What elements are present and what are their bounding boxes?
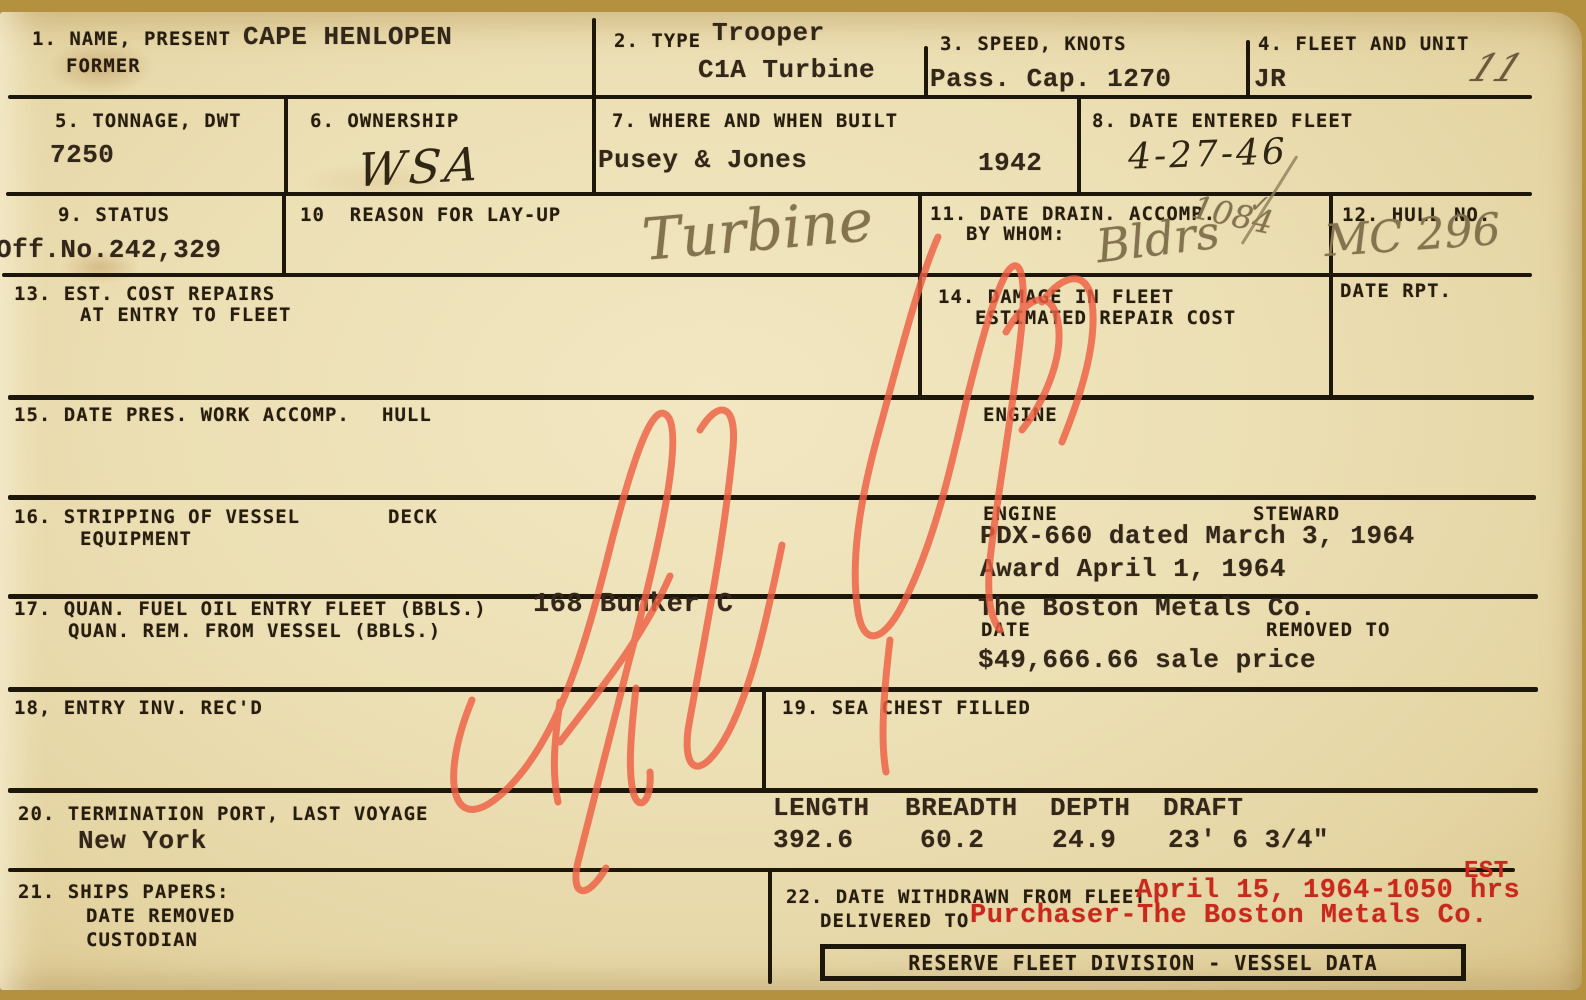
field16-label: 16. STRIPPING OF VESSEL — [14, 506, 300, 528]
dimension-header-breadth: BREADTH — [905, 793, 1018, 823]
dimension-value-breadth: 60.2 — [920, 825, 984, 855]
reserve-fleet-division-box: RESERVE FLEET DIVISION - VESSEL DATA — [820, 944, 1466, 981]
field7-label: 7. WHERE AND WHEN BUILT — [612, 110, 898, 132]
field16-deck-label: DECK — [388, 506, 438, 528]
grid-line — [8, 495, 1536, 500]
field4-value-fleet: JR — [1254, 64, 1286, 94]
grid-line — [282, 192, 286, 275]
field16-value-award: Award April 1, 1964 — [980, 554, 1286, 584]
field22-delivered-to-label: DELIVERED TO — [820, 910, 969, 932]
field4-label: 4. FLEET AND UNIT — [1258, 33, 1469, 55]
grid-line — [1077, 95, 1081, 194]
field10-handwritten-reason: Turbine — [639, 186, 875, 274]
field15-label: 15. DATE PRES. WORK ACCOMP. — [14, 404, 350, 426]
field1-label: 1. NAME, PRESENT — [32, 28, 231, 50]
field17-date-label: DATE — [981, 619, 1031, 641]
dimension-header-draft: DRAFT — [1163, 793, 1244, 823]
field17-value-fuel: 168 Bunker C — [533, 590, 733, 620]
field18-label: 18, ENTRY INV. REC'D — [14, 697, 263, 719]
grid-line — [924, 46, 928, 97]
field22-red-delivered-to: Purchaser-The Boston Metals Co. — [970, 901, 1488, 931]
field9-label: 9. STATUS — [58, 204, 170, 226]
grid-line — [8, 395, 1534, 400]
grid-line — [768, 868, 772, 984]
field9-value-official-number: Off.No.242,329 — [0, 235, 221, 265]
dimension-value-length: 392.6 — [773, 825, 854, 855]
dimension-value-draft: 23' 6 3/4" — [1168, 825, 1329, 855]
field11-bywhom-label: BY WHOM: — [966, 223, 1066, 245]
field19-label: 19. SEA CHEST FILLED — [782, 697, 1031, 719]
grid-line — [284, 95, 288, 194]
field1-former-label: FORMER — [66, 55, 141, 77]
field12-handwritten-hull-no: MC 296 — [1322, 204, 1502, 267]
field14-date-rpt-label: DATE RPT. — [1340, 280, 1452, 302]
grid-line — [592, 95, 596, 194]
grid-line — [1246, 40, 1250, 97]
field1-value-ship-name: CAPE HENLOPEN — [243, 22, 452, 52]
field21-label: 21. SHIPS PAPERS: — [18, 881, 229, 903]
field7-value-builder: Pusey & Jones — [598, 145, 807, 175]
field2-value-class: C1A Turbine — [698, 55, 875, 85]
field3-label: 3. SPEED, KNOTS — [940, 33, 1127, 55]
field4-handwritten-unit: 11 — [1462, 46, 1530, 90]
field17-label: 17. QUAN. FUEL OIL ENTRY FLEET (BBLS.) — [14, 598, 487, 620]
grid-line — [8, 868, 1515, 872]
field17-label-line2: QUAN. REM. FROM VESSEL (BBLS.) — [68, 620, 441, 642]
field6-label: 6. OWNERSHIP — [310, 110, 459, 132]
field8-label: 8. DATE ENTERED FLEET — [1092, 110, 1353, 132]
field6-handwritten-ownership: WSA — [356, 137, 485, 198]
field2-label: 2. TYPE — [614, 30, 701, 52]
field13-label-line2: AT ENTRY TO FLEET — [80, 304, 291, 326]
field21-date-removed-label: DATE REMOVED — [86, 905, 235, 927]
field2-value-type: Trooper — [712, 18, 825, 48]
grid-line — [918, 192, 922, 397]
vessel-data-card: 1. NAME, PRESENT CAPE HENLOPEN FORMER 2.… — [0, 12, 1582, 990]
field10-label: 10 REASON FOR LAY-UP — [300, 204, 561, 226]
field21-custodian-label: CUSTODIAN — [86, 929, 198, 951]
field17-value-sale-price: $49,666.66 sale price — [978, 645, 1316, 675]
field14-label: 14. DAMAGE IN FLEET — [938, 286, 1174, 308]
grid-line — [592, 18, 596, 97]
field3-value-capacity: Pass. Cap. 1270 — [930, 64, 1172, 94]
field16-equipment-label: EQUIPMENT — [80, 528, 192, 550]
field5-label: 5. TONNAGE, DWT — [55, 110, 242, 132]
card-title: RESERVE FLEET DIVISION - VESSEL DATA — [908, 951, 1377, 975]
field15-engine-label: ENGINE — [983, 404, 1058, 426]
dimension-value-depth: 24.9 — [1052, 825, 1116, 855]
field7-value-year: 1942 — [978, 148, 1042, 178]
grid-line — [2, 273, 1532, 277]
field16-value-pdx: PDX-660 dated March 3, 1964 — [980, 521, 1415, 551]
dimension-header-depth: DEPTH — [1050, 793, 1131, 823]
grid-line — [8, 687, 1538, 692]
field17-removed-to-label: REMOVED TO — [1266, 619, 1390, 641]
dimension-header-length: LENGTH — [773, 793, 870, 823]
field5-value-tonnage: 7250 — [50, 140, 114, 170]
field14-label-line2: ESTIMATED REPAIR COST — [975, 307, 1236, 329]
field8-handwritten-date: 4-27-46 — [1127, 131, 1288, 178]
field20-label: 20. TERMINATION PORT, LAST VOYAGE — [18, 803, 429, 825]
field20-value-port: New York — [78, 826, 207, 856]
grid-line — [8, 95, 1532, 99]
field15-hull-label: HULL — [382, 404, 432, 426]
field22-red-est-stamp: EST — [1464, 858, 1509, 885]
field13-label: 13. EST. COST REPAIRS — [14, 283, 275, 305]
grid-line — [762, 687, 766, 790]
